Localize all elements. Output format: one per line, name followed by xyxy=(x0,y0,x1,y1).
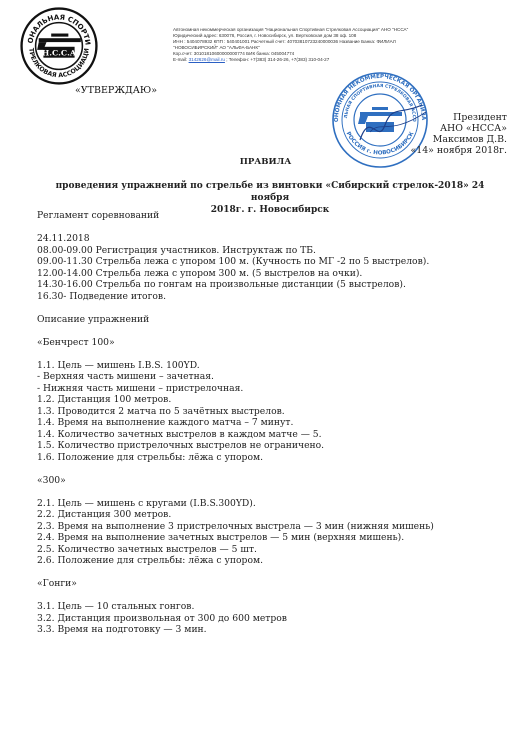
exercise-rule: 2.1. Цель — мишень с кругами (I.B.S.300Y… xyxy=(37,498,434,510)
approve-label: «УТВЕРЖДАЮ» xyxy=(75,85,157,96)
exercise-name: «Бенчрест 100» xyxy=(37,337,434,349)
signer-name: Максимов Д.В. xyxy=(411,134,507,145)
exercise-rule: 3.3. Время на подготовку — 3 мин. xyxy=(37,624,434,636)
exercise-rule: 1.3. Проводится 2 матча по 5 зачётных вы… xyxy=(37,406,434,418)
phone-text: ; Телефон: +7(383) 314-26-26, +7(383) 31… xyxy=(225,57,329,62)
logo-center-text: Н.С.С.А xyxy=(42,48,77,57)
signer-role: Президент xyxy=(411,112,507,123)
exercise-rule: 2.6. Положение для стрельбы: лёжа с упор… xyxy=(37,555,434,567)
email-label: E-mail: xyxy=(173,57,189,62)
exercise-rule: 1.4. Количество зачетных выстрелов в каж… xyxy=(37,429,434,441)
subtitle-line-1: проведения упражнений по стрельбе из вин… xyxy=(40,180,500,204)
schedule-date: 24.11.2018 xyxy=(37,233,434,245)
letterhead: Автономная некоммерческая организация "Н… xyxy=(173,27,531,63)
exercise-name: «Гонги» xyxy=(37,578,434,590)
exercise-rule: 3.1. Цель — 10 стальных гонгов. xyxy=(37,601,434,613)
exercise-rule: 2.5. Количество зачетных выстрелов — 5 ш… xyxy=(37,544,434,556)
schedule-item: 16.30- Подведение итогов. xyxy=(37,291,434,303)
schedule-heading: Регламент соревнований xyxy=(37,210,434,222)
document-body: Регламент соревнований 24.11.2018 08.00-… xyxy=(37,210,434,636)
document-title: ПРАВИЛА xyxy=(0,157,531,167)
exercise-rule: - Верхняя часть мишени – зачетная. xyxy=(37,371,434,383)
schedule-item: 14.30-16.00 Стрельба по гонгам на произв… xyxy=(37,279,434,291)
svg-text:РОССИЯ г. НОВОСИБИРСК: РОССИЯ г. НОВОСИБИРСК xyxy=(345,131,416,157)
exercise-rule: 2.2. Дистанция 300 метров. xyxy=(37,509,434,521)
stamp-rifle-icon xyxy=(358,107,402,132)
email-link[interactable]: 3142626@mail.ru xyxy=(189,57,225,62)
exercise-rule: 1.5. Количество пристрелочных выстрелов … xyxy=(37,440,434,452)
schedule-item: 12.00-14.00 Стрельба лежа с упором 300 м… xyxy=(37,268,434,280)
exercise-rule: 2.4. Время на выполнение зачетных выстре… xyxy=(37,532,434,544)
nssa-logo: НАЦИОНАЛЬНАЯ СПОРТИВНАЯ СТРЕЛКОВАЯ АССОЦ… xyxy=(20,7,98,85)
exercise-rule: 2.3. Время на выполнение 3 пристрелочных… xyxy=(37,521,434,533)
signer-org: АНО «НССА» xyxy=(411,123,507,134)
description-heading: Описание упражнений xyxy=(37,314,434,326)
exercise-rule: 3.2. Дистанция произвольная от 300 до 60… xyxy=(37,613,434,625)
exercise-rule: 1.1. Цель — мишень I.B.S. 100YD. xyxy=(37,360,434,372)
schedule-item: 08.00-09.00 Регистрация участников. Инст… xyxy=(37,245,434,257)
stamp-bottom-text: РОССИЯ г. НОВОСИБИРСК xyxy=(345,131,416,157)
exercise-rule: 1.6. Положение для стрельбы: лёжа с упор… xyxy=(37,452,434,464)
signer-block: Президент АНО «НССА» Максимов Д.В. «14» … xyxy=(411,112,507,156)
letterhead-contacts: E-mail: 3142626@mail.ru ; Телефон: +7(38… xyxy=(173,57,531,63)
exercise-rule: 1.2. Дистанция 100 метров. xyxy=(37,394,434,406)
signer-date: «14» ноября 2018г. xyxy=(411,145,507,156)
schedule-item: 09.00-11.30 Стрельба лежа с упором 100 м… xyxy=(37,256,434,268)
exercise-rule: 1.4. Время на выполнение каждого матча –… xyxy=(37,417,434,429)
exercise-name: «300» xyxy=(37,475,434,487)
exercise-rule: - Нижняя часть мишени – пристрелочная. xyxy=(37,383,434,395)
